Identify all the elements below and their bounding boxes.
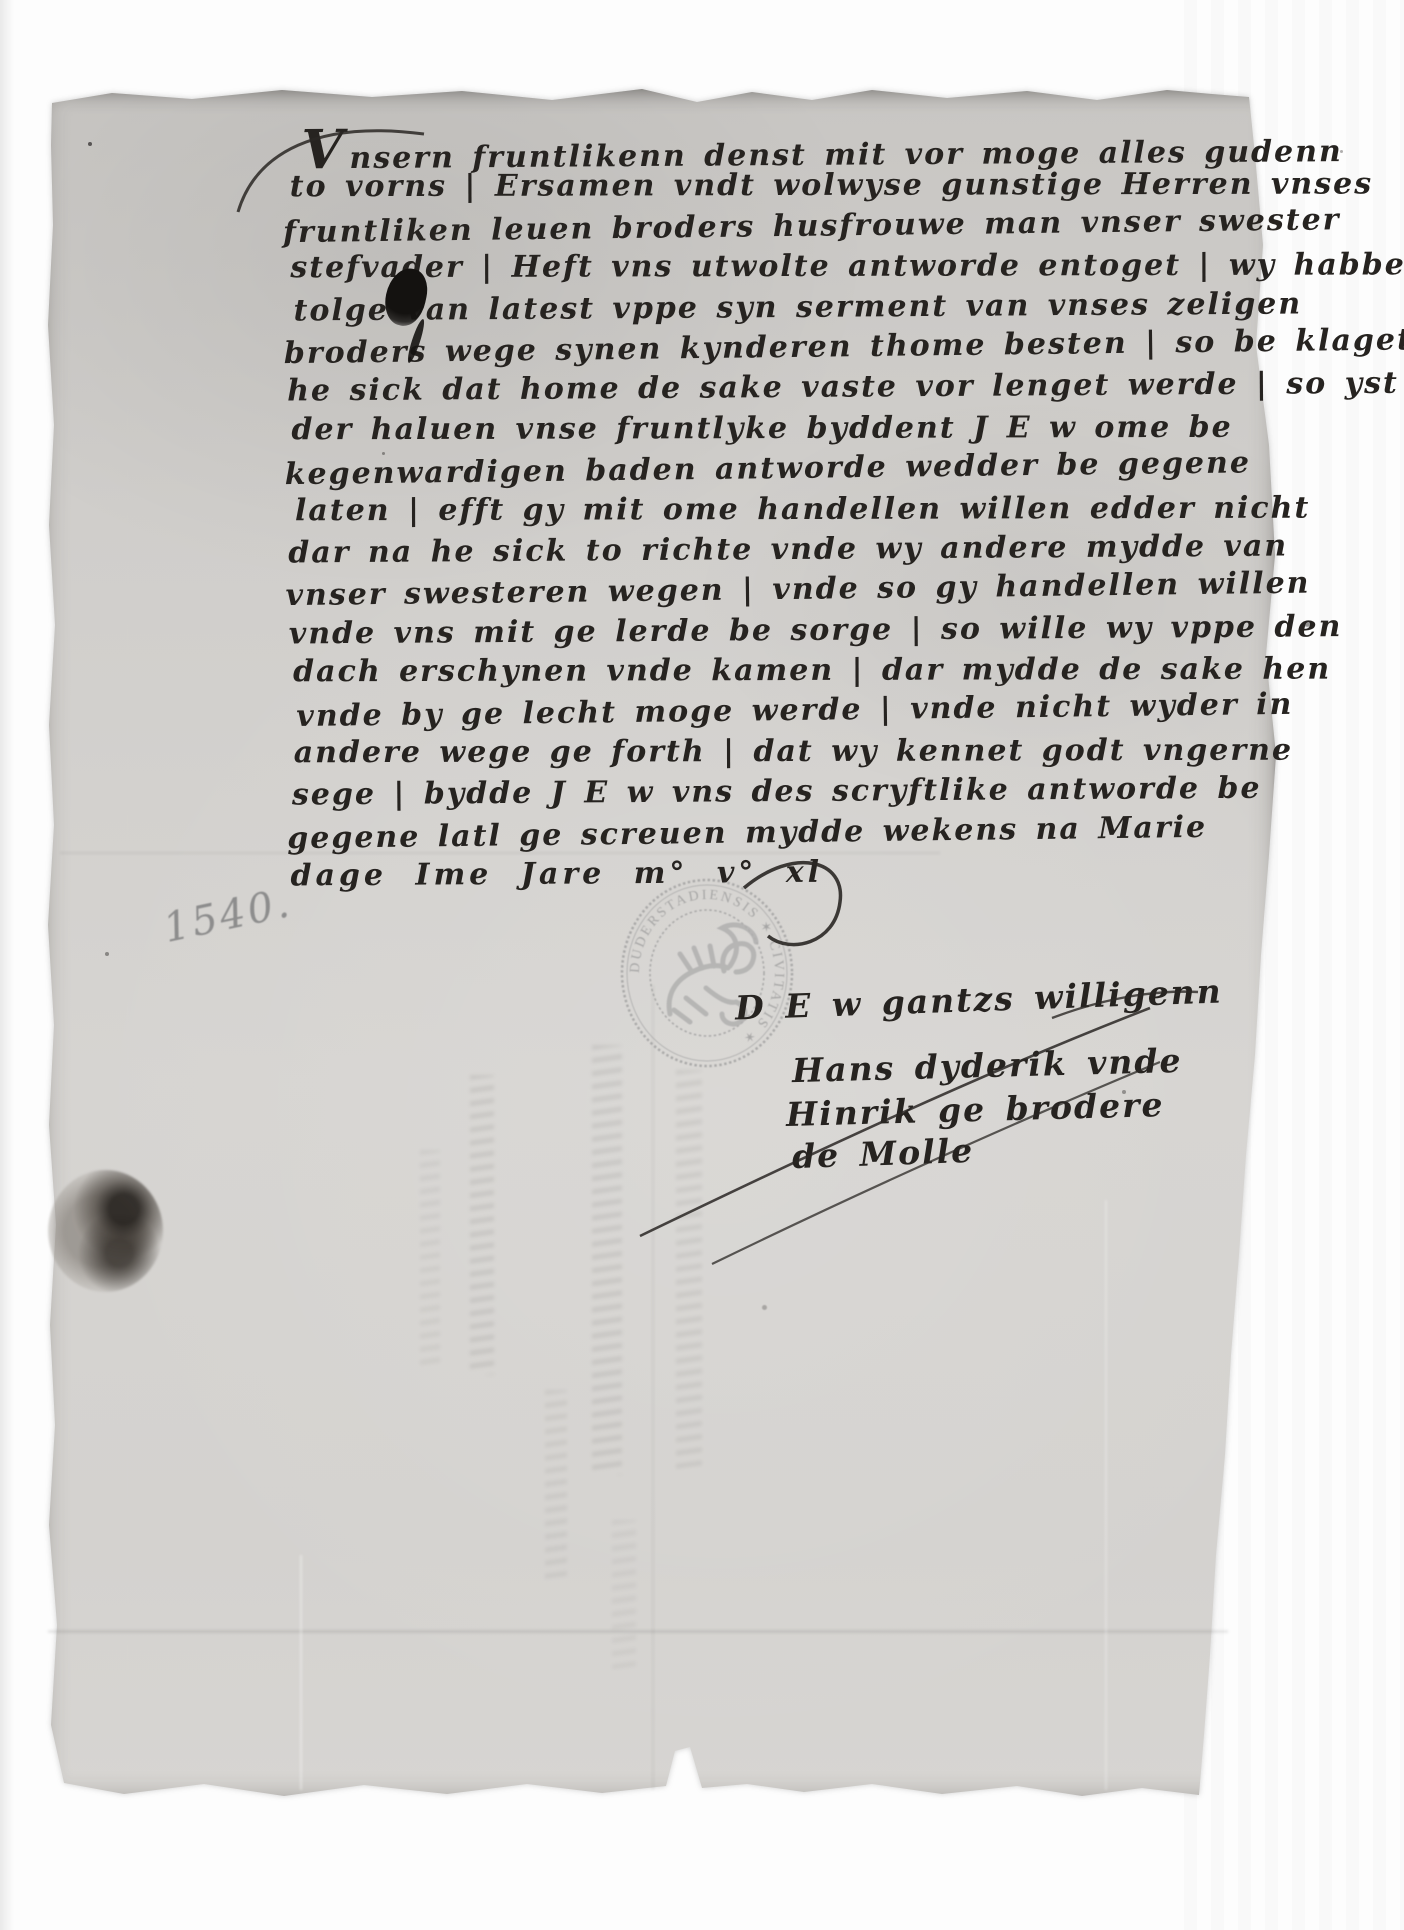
manuscript-text-block: Vnsern fruntlikenn denst mit vor moge al…: [285, 123, 1290, 897]
paper-speck: [762, 1305, 767, 1310]
ink-bleedthrough-column: [470, 1075, 494, 1375]
scan-left-edge-shade: [0, 0, 14, 1930]
fold-crease-vertical-center: [652, 985, 654, 1790]
paper-speck: [88, 142, 92, 146]
scanned-document-page: { "document": { "type": "handwritten let…: [0, 0, 1404, 1930]
lion-hindlegs: [674, 988, 736, 1022]
dark-stain: [48, 1170, 163, 1292]
fold-crease-horizontal-lower: [48, 1630, 1228, 1633]
manuscript-line: laten | efft gy mit ome handellen willen…: [295, 488, 1288, 531]
manuscript-line: vnde by ge lecht moge werde | vnde nicht…: [296, 685, 1289, 738]
seal-outer-ring: [622, 880, 792, 1066]
manuscript-line: to vorns | Ersamen vndt wolwyse gunstige…: [290, 165, 1286, 208]
manuscript-line: kegenwardigen baden antworde wedder be g…: [285, 443, 1288, 496]
manuscript-line: stefvader | Heft vns utwolte antworde en…: [290, 246, 1286, 289]
ink-bleedthrough-column: [676, 1070, 702, 1470]
archive-seal-stamp: DUDERSTADIENSIS ✶ CIVITATIS ✶: [618, 876, 796, 1070]
ink-bleedthrough-column: [545, 1390, 567, 1580]
fold-crease-vertical-left: [300, 1555, 302, 1790]
manuscript-line: Vnsern fruntlikenn denst mit vor moge al…: [301, 123, 1285, 170]
fold-crease-vertical-right: [1105, 1200, 1107, 1790]
signature-line: de Molle: [791, 1131, 974, 1176]
ink-bleedthrough-column: [592, 1045, 622, 1475]
ink-bleedthrough-column: [612, 1520, 636, 1670]
seal-outer-ring-inner-line: [627, 885, 787, 1061]
manuscript-line: andere wege ge forth | dat wy kennet god…: [294, 731, 1290, 774]
ink-bleedthrough-column: [420, 1150, 440, 1370]
paper-speck: [105, 952, 109, 956]
